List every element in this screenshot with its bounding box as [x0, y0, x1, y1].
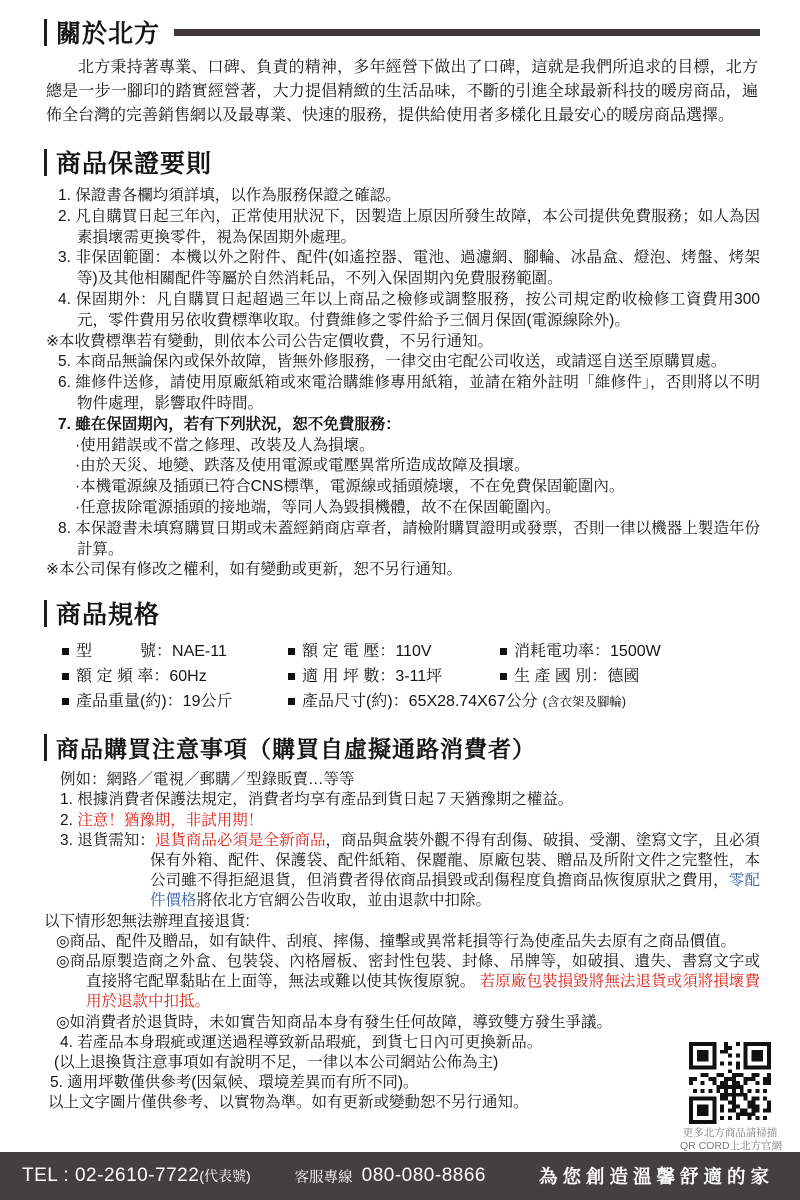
list-item: 4. 保固期外：凡自購買日起超過三年以上商品之檢修或調整服務，按公司規定酌收檢修…: [58, 290, 760, 332]
service-line-label: 客服專線: [295, 1166, 353, 1187]
example-line: 例如：網路／電視／郵購／型錄販賣…等等: [60, 770, 760, 790]
tel-number: TEL : 02-2610-7722: [22, 1165, 199, 1187]
tel-suffix: (代表號): [199, 1166, 250, 1186]
list-item: 5. 適用坪數僅供參考(因氣候、環境差異而有所不同)。: [50, 1073, 760, 1093]
spec-country: 生 產 國 別：德國: [500, 664, 760, 689]
list-item: 1. 根據消費者保護法規定，消費者均享有產品到貨日起７天猶豫期之權益。: [60, 790, 760, 810]
spec-model: 型 號：NAE-11: [62, 639, 288, 664]
footer-bar: TEL : 02-2610-7722 (代表號) 客服專線 080-080-88…: [0, 1152, 800, 1200]
spec-voltage: 額 定 電 壓：110V: [288, 639, 500, 664]
purchase-notes: 例如：網路／電視／郵購／型錄販賣…等等 1. 根據消費者保護法規定，消費者均享有…: [44, 770, 760, 1113]
square-bullet-icon: [62, 673, 69, 680]
list-item: 2. 注意！猶豫期，非試用期！: [60, 811, 760, 831]
square-bullet-icon: [288, 673, 295, 680]
spec-row: 額 定 頻 率：60Hz 適 用 坪 數：3-11坪 生 產 國 別：德國: [62, 664, 760, 689]
spec-frequency: 額 定 頻 率：60Hz: [62, 664, 288, 689]
list-subitem: ·由於天災、地變、跌落及使用電源或電壓異常所造成故障及損壞。: [75, 456, 760, 477]
warning-text: 注意！猶豫期，非試用期！: [77, 812, 263, 829]
list-item: 6. 維修件送修，請使用原廠紙箱或來電洽購維修專用紙箱，並請在箱外註明「維修件」…: [58, 373, 760, 415]
section-bar-icon: [44, 734, 47, 761]
no-return-heading: 以下情形恕無法辦理直接退貨:: [44, 912, 760, 932]
list-item: 1. 保證書各欄均須詳填，以作為服務保證之確認。: [58, 186, 760, 207]
spec-dimensions-note: (含衣架及腳輪): [543, 690, 626, 715]
warranty-title: 商品保證要則: [56, 144, 212, 180]
rights-note: ※本公司保有修改之權利，如有變動或更新，恕不另行通知。: [46, 560, 760, 581]
section-bar-icon: [44, 149, 47, 176]
square-bullet-icon: [500, 648, 507, 655]
closing-line: 以上文字圖片僅供參考、以實物為準。如有更新或變動恕不另行通知。: [48, 1093, 760, 1113]
list-subitem: ·使用錯誤或不當之修理、改裝及人為損壞。: [75, 436, 760, 457]
spec-row: 產品重量(約)：19公斤 產品尺寸(約)：65X28.74X67公分(含衣架及腳…: [62, 689, 760, 715]
fee-note: ※本收費標準若有變動，則依本公司公告定價收費，不另行通知。: [46, 332, 760, 353]
list-item: 5. 本商品無論保內或保外故障，皆無外修服務，一律交由宅配公司收送，或請逕自送至…: [58, 352, 760, 373]
spec-row: 型 號：NAE-11 額 定 電 壓：110V 消耗電功率：1500W: [62, 639, 760, 664]
list-item-note: (以上退換貨注意事項如有說明不足，一律以本公司網站公佈為主): [54, 1053, 760, 1073]
spec-dimensions: 產品尺寸(約)：65X28.74X67公分(含衣架及腳輪): [288, 689, 760, 715]
list-item: 7. 雖在保固期內，若有下列狀況，恕不免費服務：: [58, 415, 760, 436]
square-bullet-icon: [288, 648, 295, 655]
list-item: 2. 凡自購買日起三年內，正常使用狀況下，因製造上原因所發生故障，本公司提供免費…: [58, 207, 760, 249]
list-item: 3. 非保固範圍：本機以外之附件、配件(如遙控器、電池、過濾網、腳輪、冰晶盒、燈…: [58, 248, 760, 290]
section-header-warranty: 商品保證要則: [44, 144, 760, 180]
header-rule: [174, 29, 760, 36]
warranty-list: 1. 保證書各欄均須詳填，以作為服務保證之確認。 2. 凡自購買日起三年內，正常…: [58, 186, 760, 581]
square-bullet-icon: [62, 648, 69, 655]
notes-title: 商品購買注意事項（購買自虛擬通路消費者）: [56, 731, 536, 764]
section-header-about: 關於北方: [44, 14, 760, 50]
qr-code: [680, 1042, 780, 1124]
page: 關於北方 北方秉持著專業、口碑、負責的精神，多年經營下做出了口碑，這就是我們所追…: [0, 0, 800, 1114]
service-line-number: 080-080-8866: [362, 1165, 486, 1187]
square-bullet-icon: [500, 673, 507, 680]
about-paragraph: 北方秉持著專業、口碑、負責的精神，多年經營下做出了口碑，這就是我們所追求的目標，…: [46, 56, 758, 128]
section-header-notes: 商品購買注意事項（購買自虛擬通路消費者）: [44, 731, 760, 764]
specs-title: 商品規格: [56, 595, 160, 631]
list-subitem: ·任意拔除電源插頭的接地端，等同人為毀損機體，故不在保固範圍內。: [75, 498, 760, 519]
section-bar-icon: [44, 19, 47, 46]
list-item: ◎如消費者於退貨時，未如實告知商品本身有發生任何故障，導致雙方發生爭議。: [56, 1013, 760, 1033]
list-item: ◎商品、配件及贈品，如有缺件、刮痕、摔傷、撞擊或異常耗損等行為使產品失去原有之商…: [56, 932, 760, 952]
spec-power: 消耗電功率：1500W: [500, 639, 760, 664]
spec-weight: 產品重量(約)：19公斤: [62, 689, 288, 714]
spec-table: 型 號：NAE-11 額 定 電 壓：110V 消耗電功率：1500W 額 定 …: [62, 639, 760, 715]
section-header-specs: 商品規格: [44, 595, 760, 631]
list-item: 8. 本保證書未填寫購買日期或未蓋經銷商店章者，請檢附購買證明或發票，否則一律以…: [58, 519, 760, 561]
qr-block: 更多北方商品請掃描 QR CORD上北方官網: [680, 1042, 780, 1153]
return-condition-highlight: 退貨商品必須是全新商品: [155, 832, 326, 849]
qr-caption-line1: 更多北方商品請掃描: [680, 1127, 780, 1140]
square-bullet-icon: [288, 698, 295, 705]
list-subitem: ·本機電源線及插頭已符合CNS標準，電源線或插頭燒壞，不在免費保固範圍內。: [75, 477, 760, 498]
list-item: 3. 退貨需知：退貨商品必須是全新商品，商品與盒裝外觀不得有刮傷、破損、受潮、塗…: [60, 831, 760, 912]
company-slogan: 為您創造溫馨舒適的家: [539, 1163, 774, 1189]
square-bullet-icon: [62, 698, 69, 705]
spec-area: 適 用 坪 數：3-11坪: [288, 664, 500, 689]
section-bar-icon: [44, 600, 47, 627]
list-item: ◎商品原製造商之外盒、包裝袋、內格層板、密封性包裝、封條、吊牌等，如破損、遺失、…: [56, 952, 760, 1013]
list-item: 4. 若產品本身瑕疵或運送過程導致新品瑕疵，到貨七日內可更換新品。: [60, 1033, 760, 1053]
about-title: 關於北方: [56, 14, 160, 50]
